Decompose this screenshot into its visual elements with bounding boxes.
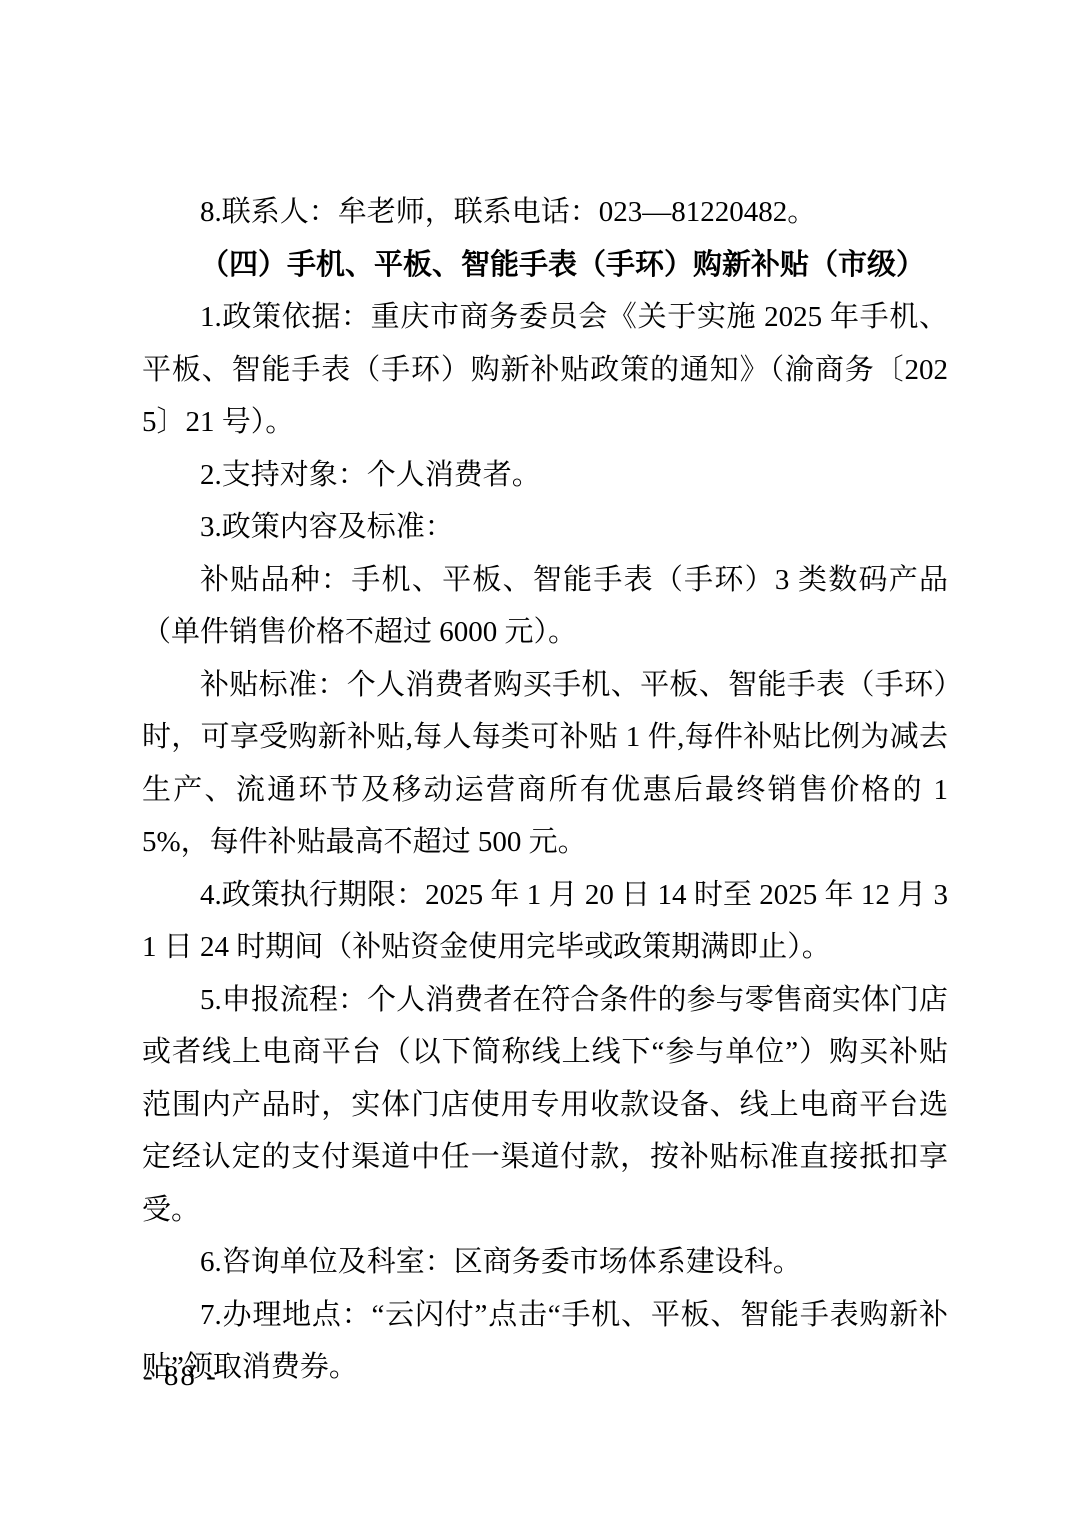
- paragraph-contact-info: 8.联系人：牟老师，联系电话：023—81220482。: [142, 186, 948, 239]
- paragraph-subsidy-standard: 补贴标准：个人消费者购买手机、平板、智能手表（手环）时，可享受购新补贴,每人每类…: [142, 659, 948, 869]
- paragraph-application-process: 5.申报流程：个人消费者在符合条件的参与零售商实体门店或者线上电商平台（以下简称…: [142, 974, 948, 1237]
- paragraph-handling-location: 7.办理地点：“云闪付”点击“手机、平板、智能手表购新补贴”领取消费券。: [142, 1289, 948, 1394]
- document-body: 8.联系人：牟老师，联系电话：023—81220482。 （四）手机、平板、智能…: [142, 186, 948, 1394]
- section-heading: （四）手机、平板、智能手表（手环）购新补贴（市级）: [142, 239, 948, 292]
- paragraph-consulting-unit: 6.咨询单位及科室：区商务委市场体系建设科。: [142, 1236, 948, 1289]
- paragraph-policy-content-label: 3.政策内容及标准：: [142, 501, 948, 554]
- page-number: - 88 -: [143, 1356, 218, 1396]
- paragraph-policy-period: 4.政策执行期限：2025 年 1 月 20 日 14 时至 2025 年 12…: [142, 869, 948, 974]
- paragraph-policy-basis: 1.政策依据：重庆市商务委员会《关于实施 2025 年手机、平板、智能手表（手环…: [142, 291, 948, 449]
- paragraph-subsidy-categories: 补贴品种：手机、平板、智能手表（手环）3 类数码产品（单件销售价格不超过 600…: [142, 554, 948, 659]
- paragraph-support-target: 2.支持对象：个人消费者。: [142, 449, 948, 502]
- document-page: 8.联系人：牟老师，联系电话：023—81220482。 （四）手机、平板、智能…: [0, 0, 1074, 1520]
